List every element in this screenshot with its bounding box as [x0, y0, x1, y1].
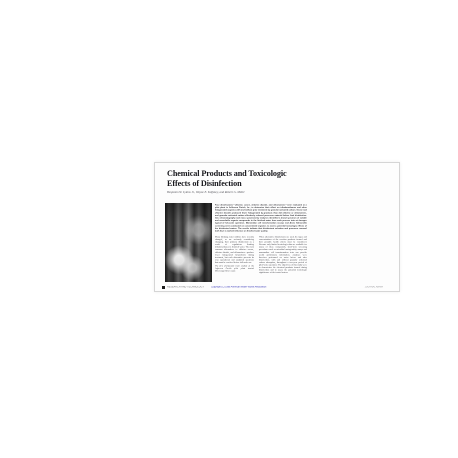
article-title: Chemical Products and ToxicologicEffects… [167, 169, 367, 190]
footer-section-text: RESEARCH AND TECHNOLOGY [167, 286, 204, 288]
abstract-text: Four disinfectants—chlorine, ozone, chlo… [215, 204, 307, 233]
abstract-block: Four disinfectants—chlorine, ozone, chlo… [215, 204, 307, 233]
body-column-1: Many drinking water utilities have recen… [215, 236, 254, 283]
author-byline-text: Benjamin W. Lykins Jr., Wayne E. Koffske… [167, 191, 267, 194]
body-column-2: When alternative disinfectants are used,… [259, 236, 307, 287]
body-column-2-text: When alternative disinfectants are used,… [259, 236, 307, 274]
treatment-plant-photo [165, 203, 212, 282]
article-title-line1: Chemical Products and Toxicologic [167, 169, 287, 178]
section-marker-icon [162, 286, 165, 289]
scan-canvas: Chemical Products and ToxicologicEffects… [0, 0, 458, 458]
journal-page: Chemical Products and ToxicologicEffects… [154, 162, 400, 292]
copyright-link[interactable]: Copyright (C) 1986 American Water Works … [211, 286, 356, 291]
footer-journal-text: JOURNAL AWWA [365, 286, 383, 288]
copyright-link-text[interactable]: Copyright (C) 1986 American Water Works … [211, 286, 266, 288]
article-title-line2: Effects of Disinfection [167, 179, 242, 188]
body-column-1-text: Many drinking water utilities have recen… [215, 236, 254, 264]
photo-caption: The first disinfectant train studied at … [215, 265, 254, 273]
author-byline: Benjamin W. Lykins Jr., Wayne E. Koffske… [167, 191, 267, 197]
